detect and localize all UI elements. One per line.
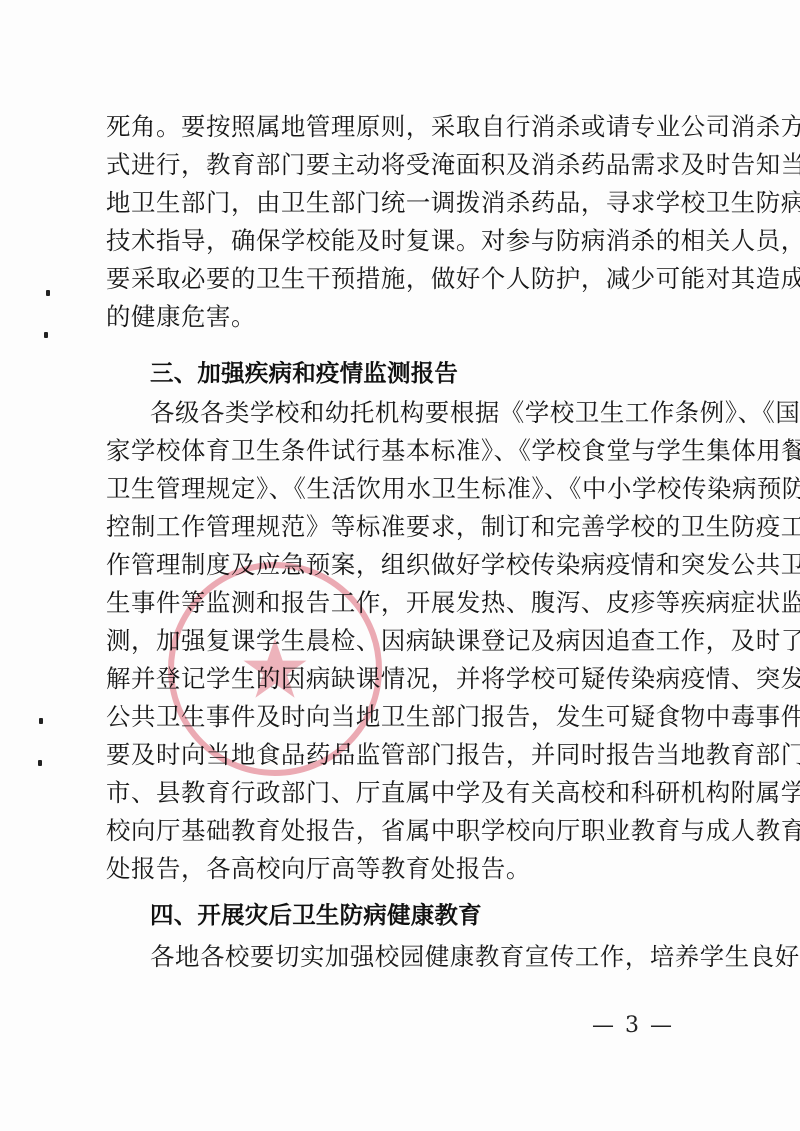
page-number: — 3 — (592, 1013, 674, 1038)
paragraph-line: 控制工作管理规范》等标准要求，制订和完善学校的卫生防疫工 (106, 512, 706, 542)
paragraph-line: 生事件等监测和报告工作，开展发热、腹泻、皮疹等疾病症状监 (106, 588, 706, 618)
paragraph-line: 各级各类学校和幼托机构要根据《学校卫生工作条例》、《国 (150, 398, 706, 428)
paragraph-line: 死角。要按照属地管理原则，采取自行消杀或请专业公司消杀方 (106, 112, 706, 142)
paragraph-line: 技术指导，确保学校能及时复课。对参与防病消杀的相关人员， (106, 226, 706, 256)
paragraph-line: 式进行，教育部门要主动将受淹面积及消杀药品需求及时告知当 (106, 150, 706, 180)
document-page: 死角。要按照属地管理原则，采取自行消杀或请专业公司消杀方 式进行，教育部门要主动… (0, 0, 800, 1131)
paragraph-line: 作管理制度及应急预案，组织做好学校传染病疫情和突发公共卫 (106, 550, 706, 580)
binding-hole-mark (44, 332, 48, 338)
paragraph-line: 卫生管理规定》、《生活饮用水卫生标准》、《中小学校传染病预防 (106, 474, 706, 504)
paragraph-line: 要采取必要的卫生干预措施，做好个人防护，减少可能对其造成 (106, 264, 706, 294)
paragraph-line: 市、县教育行政部门、厅直属中学及有关高校和科研机构附属学 (106, 778, 706, 808)
paragraph-line: 地卫生部门，由卫生部门统一调拨消杀药品，寻求学校卫生防病 (106, 188, 706, 218)
paragraph-line: 的健康危害。 (106, 302, 706, 332)
paragraph-line: 要及时向当地食品药品监管部门报告，并同时报告当地教育部门。 (106, 740, 706, 770)
section-heading-3: 三、加强疾病和疫情监测报告 (150, 358, 706, 388)
binding-hole-mark (39, 718, 43, 724)
paragraph-line: 解并登记学生的因病缺课情况，并将学校可疑传染病疫情、突发 (106, 664, 706, 694)
paragraph-line: 校向厅基础教育处报告，省属中职学校向厅职业教育与成人教育 (106, 816, 706, 846)
paragraph-line: 家学校体育卫生条件试行基本标准》、《学校食堂与学生集体用餐 (106, 436, 706, 466)
paragraph-line: 处报告，各高校向厅高等教育处报告。 (106, 854, 706, 884)
binding-hole-mark (38, 760, 42, 766)
binding-hole-mark (46, 290, 50, 296)
paragraph-line: 各地各校要切实加强校园健康教育宣传工作，培养学生良好 (150, 942, 706, 972)
paragraph-line: 测，加强复课学生晨检、因病缺课登记及病因追查工作，及时了 (106, 626, 706, 656)
section-heading-4: 四、开展灾后卫生防病健康教育 (150, 900, 706, 930)
paragraph-line: 公共卫生事件及时向当地卫生部门报告，发生可疑食物中毒事件， (106, 702, 706, 732)
